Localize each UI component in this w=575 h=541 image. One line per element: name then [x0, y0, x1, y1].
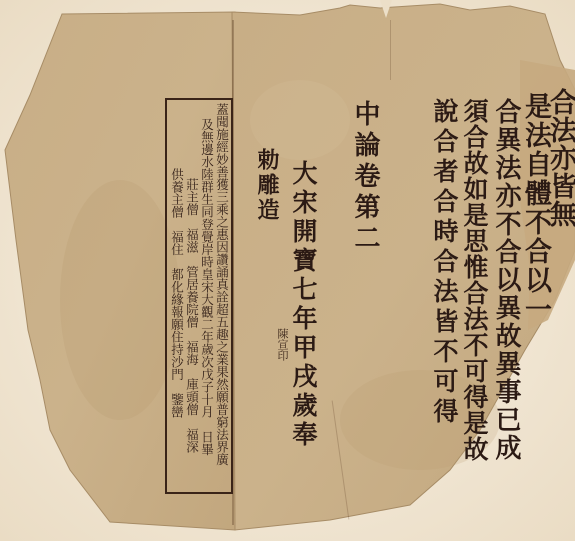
- colophon-dated: 大宋開寶七年甲戌歲奉: [291, 160, 316, 450]
- main-text-column-5: 說合者合時合法皆不可得: [432, 98, 457, 428]
- scroll-title: 中論卷第二: [352, 100, 378, 255]
- main-text-column-3: 合異法亦不合以異故異事已成: [493, 98, 519, 462]
- crack: [390, 20, 391, 80]
- dedication-line-3: 莊主僧 福滋 管居養院僧 福海 庫頭僧 福深: [185, 178, 198, 453]
- main-text-column-2: 是法自體不合以一: [522, 92, 549, 324]
- main-text-column-4: 須合故如是思惟合法不可得是故: [462, 98, 487, 462]
- dedication-line-4: 供養主僧 福住 都化緣報願住持沙門 鑒巒: [170, 168, 183, 418]
- dedication-line-1: 蓋聞施經妙善獲三乘之惠因讚誦真詮超五趣之業果然願普窮法界廣: [215, 103, 228, 466]
- carver-seal: 陳宣印: [274, 328, 290, 361]
- colophon-order: 勅雕造: [256, 148, 278, 223]
- dedication-line-2: 及無邊水陸群生同登覺岸時皇宋大觀二年歲次戊子十月 日畢: [200, 118, 213, 456]
- main-text-column-1: 合法亦皆無: [547, 88, 574, 228]
